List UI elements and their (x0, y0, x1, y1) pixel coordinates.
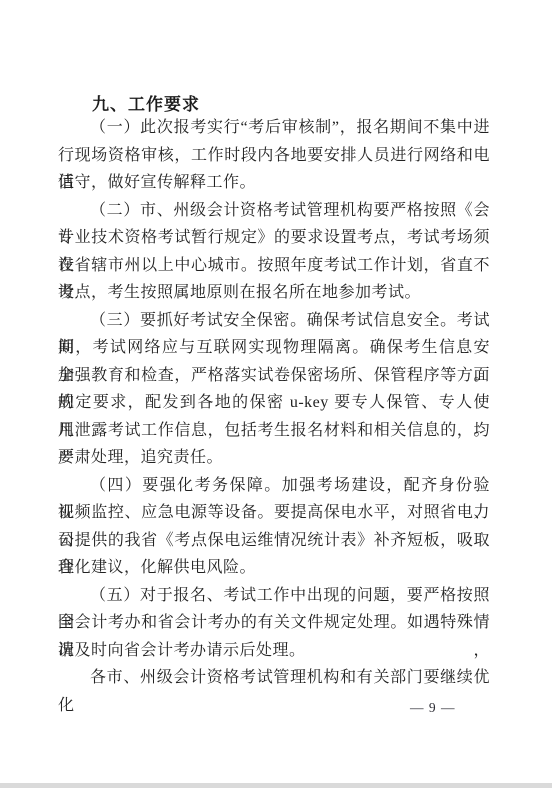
document-line: 凡泄露考试工作信息，包括考生报名材料和相关信息的，均要 (58, 417, 490, 445)
document-line: 加强教育和检查，严格落实试卷保密场所、保管程序等方面的 (58, 362, 490, 390)
document-line: 规定要求，配发到各地的保密 u-key 要专人保管、专人使用。 (58, 389, 490, 417)
scan-edge-artifact (0, 783, 552, 788)
document-line: （五）对于报名、考试工作中出现的问题，要严格按照全 (58, 582, 490, 610)
document-line: 国会计考办和省会计考办的有关文件规定处理。如遇特殊情况， (58, 609, 490, 637)
document-line: 司提供的我省《考点保电运维情况统计表》补齐短板，吸取合 (58, 527, 490, 555)
document-line: 间，考试网络应与互联网实现物理隔离。确保考生信息安全。 (58, 334, 490, 362)
document-line: （四）要强化考务保障。加强考场建设，配齐身份验证、 (58, 472, 490, 500)
page-number: — 9 — (410, 699, 470, 717)
document-line: 各市、州级会计资格考试管理机构和有关部门要继续优化 (58, 664, 490, 692)
document-line: 严肃处理，追究责任。 (58, 444, 490, 472)
document-line: 视频监控、应急电源等设备。要提高保电水平，对照省电力公 (58, 499, 490, 527)
document-line: （一）此次报考实行“考后审核制”，报名期间不集中进 (58, 114, 490, 142)
document-line: 值守，做好宣传解释工作。 (58, 169, 490, 197)
document-line: 考点，考生按照属地原则在报名所在地参加考试。 (58, 279, 490, 307)
document-line: （二）市、州级会计资格考试管理机构要严格按照《会计 (58, 197, 490, 225)
document-line: （三）要抓好考试安全保密。确保考试信息安全。考试期 (58, 307, 490, 335)
document-line: 行现场资格审核，工作时段内各地要安排人员进行网络和电话 (58, 142, 490, 170)
document-line: 理化建议，化解供电风险。 (58, 554, 490, 582)
document-line: 在省辖市州以上中心城市。按照年度考试工作计划，省直不设 (58, 252, 490, 280)
document-body: （一）此次报考实行“考后审核制”，报名期间不集中进 行现场资格审核，工作时段内各… (58, 114, 490, 692)
document-line: 专业技术资格考试暂行规定》的要求设置考点，考试考场须设 (58, 224, 490, 252)
document-page: 九、工作要求 （一）此次报考实行“考后审核制”，报名期间不集中进 行现场资格审核… (0, 0, 552, 788)
